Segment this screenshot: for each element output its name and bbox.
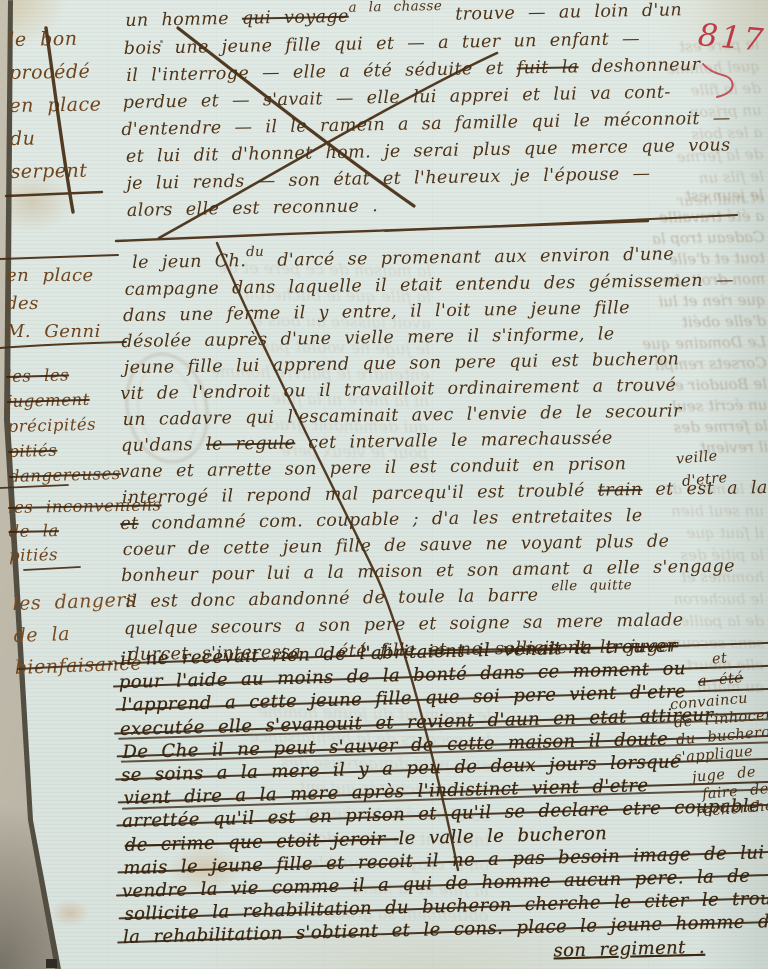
scanned-manuscript-screenshot: { "page": { "number": "817" }, "colors":…: [0, 0, 768, 969]
handwritten-text: les dangers: [12, 589, 136, 615]
struck-text: de la: [8, 521, 59, 541]
text-line: en place: [6, 262, 101, 290]
text-line: dangereuses: [9, 461, 121, 489]
handwritten-text: alors elle est reconnue .: [127, 196, 379, 221]
text-line: le bon: [8, 22, 101, 57]
struck-text: qui voyage: [242, 7, 349, 29]
struck-text: jugement: [7, 390, 90, 411]
text-line: du: [10, 121, 103, 156]
text-line: procédé: [9, 55, 102, 90]
struck-text: et: [120, 514, 139, 534]
handwritten-text: deshonneur: [578, 55, 700, 77]
handwritten-text: de la: [13, 623, 70, 647]
margin-note-titles: le bonprocédéen placeduserpent: [8, 22, 103, 189]
handwritten-text: précipités: [7, 415, 96, 436]
paragraph-second: le jeun Ch.du d'arcé se promenant aux en…: [128, 240, 768, 668]
text-line: M. Genni: [6, 318, 101, 346]
handwritten-text: d'arcé se promenant aux environ d'une: [264, 244, 674, 270]
paragraph-first-crossed-out: un homme qui voyage a la chasse trouve —…: [125, 0, 733, 225]
handwritten-text: il est donc abandonné de toule la barre: [125, 585, 551, 612]
margin-note-en-place: en placedesM. Genni: [6, 262, 101, 346]
struck-text: train: [598, 480, 643, 501]
struck-text: fuit la: [517, 57, 579, 78]
handwritten-text: qu'dans: [121, 435, 206, 456]
handwritten-text: le jeun Ch.: [132, 251, 246, 273]
handwritten-text: trouve — au loin d'un: [442, 0, 682, 25]
text-line: des: [6, 290, 101, 318]
handwritten-text: le bon: [8, 28, 78, 51]
handwritten-text: son regiment .: [553, 936, 705, 961]
handwritten-text: en place: [6, 265, 94, 286]
text-line: pitiés: [8, 436, 120, 464]
struck-text: pitiés: [8, 441, 57, 461]
inserted-text: a la chasse: [348, 0, 442, 22]
paragraph-bottom-struck: il ne recevait rien de l'abritaient il v…: [118, 631, 768, 969]
struck-text: le regule: [206, 433, 296, 454]
struck-text: dangereuses: [9, 464, 121, 486]
handwritten-text: un homme: [125, 9, 242, 31]
handwritten-text: M. Genni: [6, 321, 101, 342]
struck-text: les les: [6, 365, 69, 386]
text-line: les les: [6, 361, 118, 389]
corner-mark: [46, 959, 57, 968]
margin-note-right: et: [711, 650, 728, 667]
text-line: serpent: [10, 154, 103, 189]
handwritten-text: du: [10, 128, 36, 150]
handwritten-text: il l'interroge — elle a été séduite et: [126, 58, 517, 85]
text-line: précipités: [7, 411, 119, 439]
text-line: de la: [13, 616, 141, 652]
handwritten-text: cet intervalle le marechaussée: [295, 428, 613, 453]
handwritten-text: en place: [9, 93, 101, 117]
handwritten-text: pitiés: [9, 545, 58, 565]
handwritten-text: procédé: [9, 61, 91, 84]
inserted-text: du: [246, 239, 265, 265]
handwritten-text: serpent: [10, 160, 87, 183]
text-line: en place: [9, 88, 102, 123]
handwritten-text: des: [6, 293, 39, 314]
inserted-text: elle quitte: [551, 572, 632, 599]
text-line: jugement: [7, 386, 119, 414]
margin-note-jugements: les lesjugementprécipitéspitiésdangereus…: [6, 361, 121, 489]
